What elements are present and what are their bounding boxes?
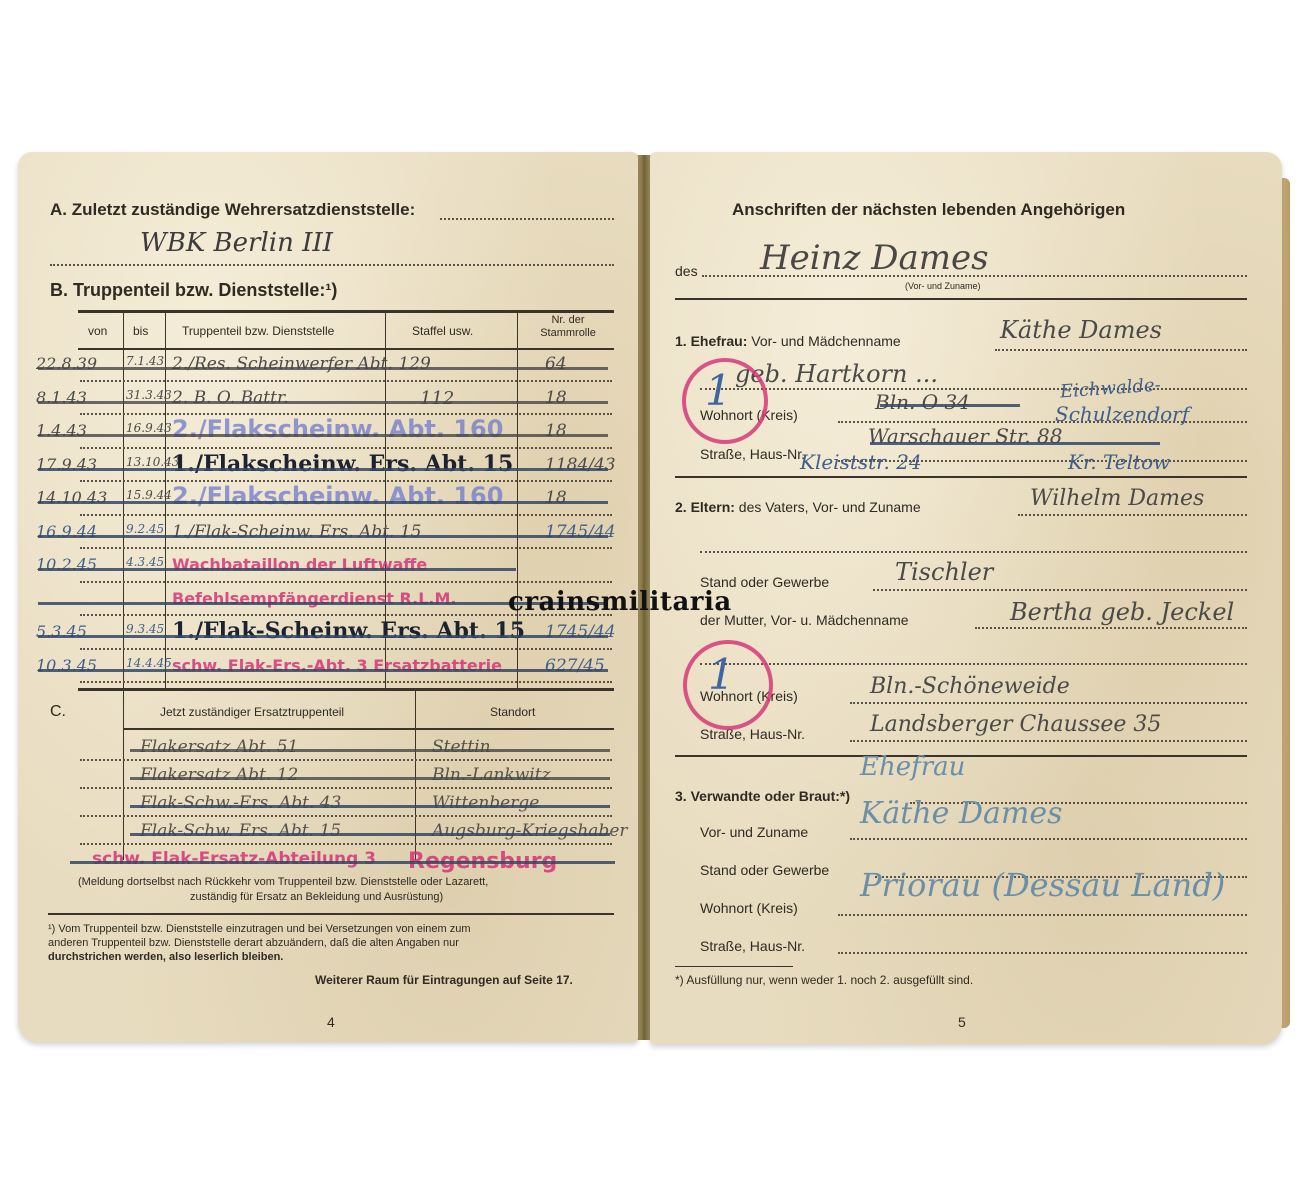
father-value: Wilhelm Dames [1030,486,1204,511]
cell-unit: 2./Res. Scheinwerfer Abt. 129 [172,354,431,374]
col-header-nr: Nr. der Stammrolle [528,314,608,340]
spouse-name-value: Käthe Dames [1000,316,1162,344]
section-a-label: A. Zuletzt zuständige Wehrersatzdienstst… [50,200,415,220]
cell-staffel: 112 [420,388,454,409]
col-header-standort: Standort [490,705,535,719]
strikethrough [38,635,608,638]
dotted-line [995,349,1247,351]
parents-label: 2. Eltern: des Vaters, Vor- und Zuname [675,499,921,515]
strikethrough [38,568,516,571]
cell-von: 14.10.43 [36,488,107,507]
strikethrough [38,501,608,504]
page-number-left: 4 [327,1014,335,1030]
strikethrough [38,367,608,370]
mother-value: Bertha geb. Jeckel [1010,598,1234,626]
section-rule [675,476,1247,478]
section-c-note-1: (Meldung dortselbst nach Rückkehr vom Tr… [78,876,488,888]
strikethrough [70,861,615,864]
cell-standort: Wittenberge [432,793,539,813]
dotted-line [80,787,612,789]
dotted-line [80,447,612,449]
cell-bis: 9.3.45 [126,622,164,636]
cell-nr: 18 [545,388,567,408]
col-header-bis: bis [133,324,148,338]
cell-unit: 2./Flakscheinw. Abt. 160 [172,415,503,443]
cell-von: 10.3.45 [36,656,97,675]
table-bottom-rule [78,688,614,691]
footnote-rule [675,966,793,967]
cell-standort: Bln.-Lankwitz [432,765,550,785]
dotted-line [838,914,1247,916]
strikethrough [38,669,608,672]
parents-strasse-value: Landsberger Chaussee 35 [870,712,1161,737]
relatives-stand-label: Stand oder Gewerbe [700,862,829,878]
col-header-staffel: Staffel usw. [412,324,473,338]
stand-value: Tischler [895,558,993,586]
strikethrough [38,434,608,437]
strikethrough [130,749,610,752]
des-caption: (Vor- und Zuname) [905,281,981,291]
cell-von: 22.8.39 [36,354,97,373]
spouse-strasse-value-2: Kr. Teltow [1068,450,1170,474]
cell-unit: 1./Flakscheinw. Ers. Abt. 15 [172,451,513,477]
parents-label-bold: 2. Eltern: [675,499,735,515]
cell-nr: 1745/44 [545,522,616,542]
dotted-line [850,838,1247,840]
cell-ersatz: Flak-Schw.-Ers. Abt. 43 [140,793,341,813]
footnote-rule [48,913,614,915]
watermark: crainsmilitaria [508,587,732,617]
col-header-von: von [88,324,107,338]
table-top-rule [78,310,614,313]
col-header-unit: Truppenteil bzw. Dienststelle [182,324,334,338]
circle-stamp-mark: 1 [705,366,732,415]
father-label: des Vaters, Vor- und Zuname [739,499,921,515]
strikethrough [38,401,608,404]
cell-nr: 1745/44 [545,622,616,642]
spouse-wohnort-value: Schulzendorf [1055,402,1189,426]
page-number-right: 5 [958,1014,966,1030]
spouse-label: 1. Ehefrau: Vor- und Mädchenname [675,333,901,349]
cell-von: 16.9.44 [36,522,97,541]
dotted-line [700,663,1247,665]
dotted-line [1018,514,1247,516]
relatives-name-value: Käthe Dames [860,796,1063,831]
dotted-line [80,547,612,549]
section-c-letter: C. [50,703,66,721]
dotted-line [80,815,612,817]
cell-bis: 9.2.45 [126,522,164,536]
footnote-line-2: anderen Truppenteil bzw. Dienststelle de… [48,937,459,949]
cell-nr: 1184/43 [545,455,616,475]
cell-nr: 18 [545,421,567,441]
cell-bis: 7.1.43 [126,354,164,368]
strikethrough [38,535,608,538]
dotted-line [80,843,612,845]
cell-von: 5.3.45 [36,622,87,641]
spouse-maiden-value: geb. Hartkorn ... [735,360,938,388]
dotted-line [850,702,1247,704]
section-a-value: WBK Berlin III [140,228,333,258]
strikethrough [880,404,1020,407]
cell-bis: 31.3.43 [126,388,172,402]
strikethrough [130,777,610,780]
right-footnote: *) Ausfüllung nur, wenn weder 1. noch 2.… [675,973,973,987]
dotted-line [80,514,612,516]
cell-ersatz: schw. Flak-Ersatz-Abteilung 3 [92,849,376,869]
dotted-line [80,681,612,683]
dotted-line [80,581,612,583]
footnote-line-3: durchstrichen werden, also leserlich ble… [48,951,283,963]
strikethrough [130,805,610,808]
relatives-name-label: Vor- und Zuname [700,824,808,840]
cell-nr: 627/45 [545,656,605,676]
right-page-title: Anschriften der nächsten lebenden Angehö… [732,200,1125,220]
footnote-line-1: ¹) Vom Truppenteil bzw. Dienststelle ein… [48,923,471,935]
spouse-label-text: Vor- und Mädchenname [751,333,900,349]
cell-unit: 2. B. O. Battr. [172,388,289,408]
cell-von: 1.4.43 [36,421,87,440]
cell-von: 17.9.43 [36,455,97,474]
dotted-line [850,740,1247,742]
dotted-line [440,218,614,220]
cell-unit: 1./Flak-Scheinw. Ers. Abt. 15 [172,618,525,644]
cell-standort: Augsburg-Kriegshaber [432,821,628,841]
cell-unit: 2./Flakscheinw. Abt. 160 [172,482,503,510]
spouse-label-bold: 1. Ehefrau: [675,333,747,349]
dotted-line [50,264,614,266]
spouse-strasse-label: Straße, Haus-Nr. [700,446,805,462]
section-c-header-rule [123,728,614,730]
relatives-wohnort-value: Priorau (Dessau Land) [860,866,1225,904]
strikethrough [870,442,1160,445]
dotted-line [975,627,1247,629]
relatives-wohnort-label: Wohnort (Kreis) [700,900,798,916]
cell-unit: 1./Flak-Scheinw. Ers. Abt. 15 [172,522,421,542]
spouse-wohnort-struck: Bln. O 34 [875,390,970,414]
cell-unit: Wachbataillon der Luftwaffe [172,555,427,574]
parents-wohnort-value: Bln.-Schöneweide [870,674,1070,699]
col-divider [123,690,124,860]
continue-note: Weiterer Raum für Eintragungen auf Seite… [315,973,573,987]
dotted-line [80,759,612,761]
relation-value: Ehefrau [860,752,965,782]
cell-bis: 14.4.45 [126,656,172,670]
dotted-line [700,388,1247,390]
cell-ersatz: Flak-Schw. Ers. Abt. 15 [140,821,341,841]
cell-bis: 15.9.44 [126,488,172,502]
dotted-line [873,589,1247,591]
col-header-ersatz: Jetzt zuständiger Ersatztruppenteil [160,705,344,719]
dotted-line [80,648,612,650]
dotted-line [838,952,1247,954]
relatives-strasse-label: Straße, Haus-Nr. [700,938,805,954]
cell-von: 8.1.43 [36,388,87,407]
cell-bis: 16.9.43 [126,421,172,435]
cell-nr: 64 [545,354,567,374]
section-b-label: B. Truppenteil bzw. Dienststelle:¹) [50,280,337,301]
dotted-line [80,380,612,382]
strikethrough [130,833,610,836]
des-label: des [675,263,698,279]
relatives-label: 3. Verwandte oder Braut:*) [675,788,850,804]
cell-ersatz: Flakersatz Abt. 12 [140,765,298,785]
section-c-note-2: zuständig für Ersatz an Bekleidung und A… [190,891,443,903]
circle-stamp-mark: 1 [708,650,735,699]
section-rule [675,298,1247,300]
spouse-strasse-value: Kleiststr. 24 [800,450,922,474]
strikethrough [38,468,608,471]
cell-unit: schw. Flak-Ers.-Abt. 3 Ersatzbatterie [172,656,502,675]
cell-ersatz: Flakersatz Abt. 51 [140,737,298,757]
cell-nr: 18 [545,488,567,508]
cell-von: 10.2.45 [36,555,97,574]
dotted-line [700,551,1247,553]
des-value: Heinz Dames [760,238,989,278]
cell-standort: Stettin [432,737,491,757]
cell-unit: Befehlsempfängerdienst R.L.M. [172,589,456,608]
cell-bis: 4.3.45 [126,555,164,569]
table-header-rule [78,348,614,350]
